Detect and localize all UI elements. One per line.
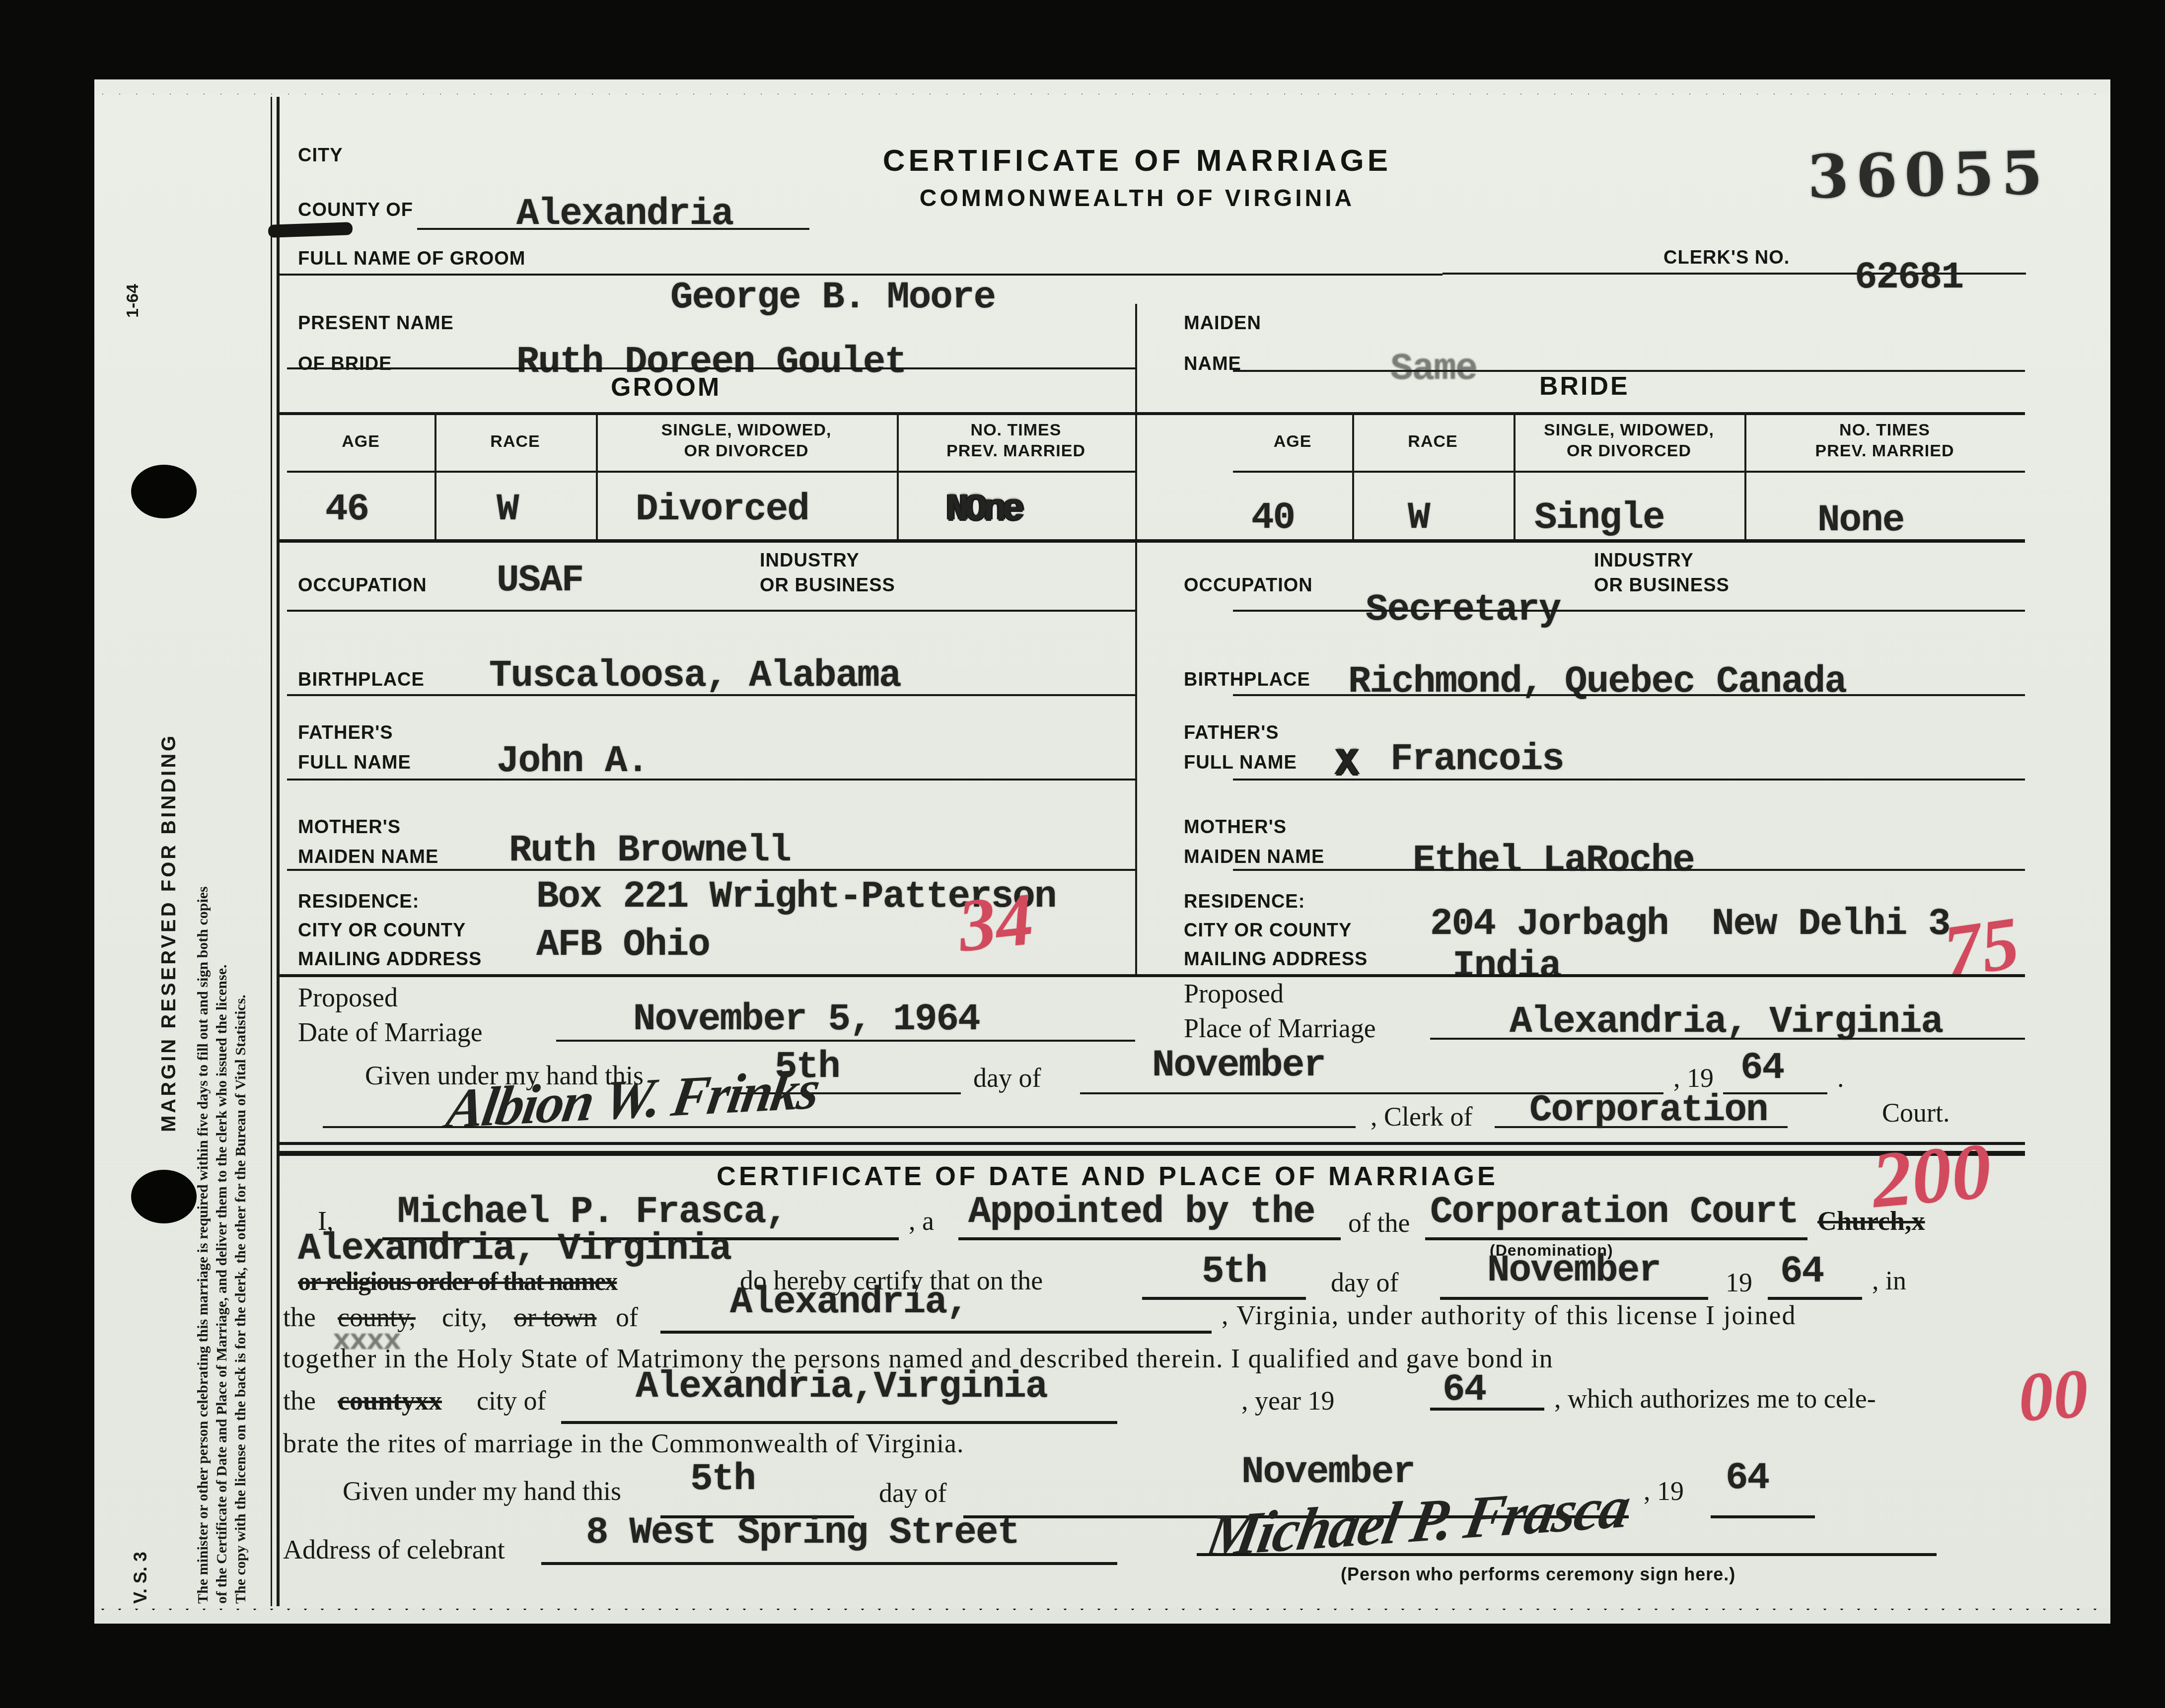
- groom-status-value: Divorced: [636, 488, 809, 531]
- bride-age-value: 40: [1251, 497, 1295, 539]
- clerk-year-value: 64: [1740, 1047, 1784, 1089]
- margin-note-2: of the Certificate of Date and Place of …: [214, 392, 230, 1604]
- cert2-cityof-text: city of: [477, 1385, 546, 1416]
- groom-times-header: NO. TIMESPREV. MARRIED: [897, 420, 1135, 461]
- county-underline: [417, 228, 809, 230]
- section-divider-thick: [278, 1151, 2025, 1156]
- groom-residence-label-3: MAILING ADDRESS: [298, 949, 482, 970]
- bride-birthplace-label: BIRTHPLACE: [1184, 669, 1310, 691]
- mother-underline-right: [1233, 869, 2025, 871]
- clerk-court-text: Court.: [1882, 1097, 1950, 1128]
- section-divider-thin: [278, 1142, 2025, 1145]
- clerk-month-value: November: [1152, 1044, 1325, 1087]
- clerk-signature-underline: [323, 1126, 1356, 1128]
- stats-top-border: [278, 412, 2025, 415]
- father-underline-right: [1233, 779, 2025, 781]
- cert2-city-underline: [660, 1331, 1212, 1334]
- bride-occupation-label: OCCUPATION: [1184, 575, 1313, 596]
- celebrant-year-prefix: , 19: [1644, 1476, 1684, 1506]
- cert2-the-text-2: the: [283, 1385, 316, 1416]
- groom-industry-label-2: OR BUSINESS: [760, 575, 895, 596]
- bride-residence-label-3: MAILING ADDRESS: [1184, 949, 1368, 970]
- proposed-label-left: Proposed: [298, 982, 398, 1013]
- clerk-period: .: [1837, 1063, 1844, 1093]
- groom-mother-label-2: MAIDEN NAME: [298, 847, 438, 868]
- cert2-virginia-text: , Virginia, under authority of this lice…: [1222, 1300, 1797, 1331]
- maiden-name-label-1: MAIDEN: [1184, 313, 1261, 334]
- cert2-brate-text: brate the rites of marriage in the Commo…: [283, 1428, 964, 1459]
- cert2-day-value: 5th: [1202, 1250, 1267, 1293]
- bride-race-header: RACE: [1352, 431, 1514, 452]
- cert2-day-of-text: day of: [1331, 1267, 1398, 1298]
- cert2-appointed-value: Appointed by the: [968, 1191, 1315, 1233]
- bride-residence-label-1: RESIDENCE:: [1184, 891, 1305, 913]
- groom-name-value: George B. Moore: [670, 276, 995, 319]
- certificate-subtitle: COMMONWEALTH OF VIRGINIA: [839, 185, 1435, 212]
- sign-here-caption: (Person who performs ceremony sign here.…: [1341, 1564, 1735, 1585]
- cert2-appointed-underline: [958, 1237, 1341, 1240]
- city-label: CITY: [298, 145, 343, 166]
- bride-status-header: SINGLE, WIDOWED,OR DIVORCED: [1514, 420, 1744, 461]
- bride-mother-label-1: MOTHER'S: [1184, 817, 1287, 838]
- father-underline-left: [287, 779, 1135, 781]
- cert2-which-text: , which authorizes me to cele-: [1554, 1383, 1876, 1414]
- address-of-celebrant-value: 8 West Spring Street: [586, 1511, 1019, 1554]
- bride-birthplace-value: Richmond, Quebec Canada: [1348, 660, 1846, 703]
- status-header-line2b: OR DIVORCED: [1567, 441, 1691, 460]
- bride-column-header: BRIDE: [1539, 371, 1630, 401]
- groom-birthplace-label: BIRTHPLACE: [298, 669, 425, 691]
- binding-rule-thin: [271, 97, 272, 1606]
- groom-times-value: NOne: [946, 488, 1020, 531]
- cert2-place-underline: [561, 1421, 1117, 1424]
- cert2-religious-struck: or religious order of that namex: [298, 1267, 617, 1296]
- cert2-typed-city: Alexandria, Virginia: [298, 1227, 731, 1270]
- status-header-line1: SINGLE, WIDOWED,: [661, 421, 832, 439]
- cert2-court-underline: [1425, 1237, 1807, 1240]
- punch-hole-top: [131, 465, 197, 518]
- present-name-label: PRESENT NAME: [298, 313, 454, 334]
- bride-industry-label-1: INDUSTRY: [1594, 550, 1694, 571]
- bride-name-underline: [287, 367, 1135, 369]
- groom-age-value: 46: [325, 488, 368, 531]
- celebrant-month-value: November: [1241, 1451, 1415, 1494]
- date-of-marriage-label: Date of Marriage: [298, 1017, 483, 1048]
- groom-residence-value-2: AFB Ohio: [536, 924, 710, 966]
- paper-perforated-edge-bottom: [94, 1608, 2110, 1624]
- groom-race-value: W: [497, 488, 518, 531]
- residence-bottom-border: [278, 974, 2025, 977]
- bride-times-header: NO. TIMESPREV. MARRIED: [1744, 420, 2025, 461]
- bride-status-value: Single: [1534, 497, 1664, 539]
- place-of-marriage-label: Place of Marriage: [1184, 1013, 1376, 1044]
- groom-father-value: John A.: [497, 740, 648, 783]
- groom-residence-label-2: CITY OR COUNTY: [298, 920, 466, 941]
- status-header-line2: OR DIVORCED: [684, 441, 809, 460]
- groom-occupation-label: OCCUPATION: [298, 575, 427, 596]
- celebrant-given-text: Given under my hand this: [343, 1476, 621, 1506]
- cert2-month-value: November: [1487, 1249, 1660, 1292]
- bride-residence-value-2: India: [1452, 945, 1561, 988]
- cert2-church-struck: Church,x: [1817, 1206, 1925, 1236]
- birthplace-underline-left: [287, 694, 1135, 696]
- groom-occupation-value: USAF: [497, 559, 583, 602]
- bride-industry-label-2: OR BUSINESS: [1594, 575, 1730, 596]
- occupation-underline-left: [287, 610, 1135, 612]
- serial-number-stamp: 36055: [1807, 138, 2050, 212]
- cert2-court-value: Corporation Court: [1430, 1191, 1798, 1233]
- groom-mother-value: Ruth Brownell: [509, 829, 791, 872]
- cert2-in-text: , in: [1872, 1265, 1906, 1296]
- groom-name-label: FULL NAME OF GROOM: [298, 248, 526, 270]
- form-vs3-code: V. S. 3: [130, 1494, 151, 1604]
- bride-maiden-name-value: Same: [1390, 348, 1477, 390]
- margin-binding-note: MARGIN RESERVED FOR BINDING: [158, 636, 180, 1132]
- cert2-year-value: 64: [1780, 1250, 1823, 1293]
- bride-residence-value-1: 204 Jorbagh New Delhi 3: [1430, 903, 1950, 945]
- stats-header-underline-left: [287, 471, 1135, 473]
- cert2-title: CERTIFICATE OF DATE AND PLACE OF MARRIAG…: [546, 1161, 1668, 1192]
- celebrant-day-of-text: day of: [879, 1478, 946, 1508]
- margin-note-1: The minister or other person celebrating…: [195, 392, 212, 1604]
- groom-industry-label-1: INDUSTRY: [760, 550, 860, 571]
- groom-mother-label-1: MOTHER'S: [298, 817, 401, 838]
- cert2-the-text: the: [283, 1302, 316, 1333]
- cert2-year2-prefix: , year 19: [1241, 1385, 1334, 1416]
- celebrant-year-underline: [1711, 1515, 1815, 1518]
- date-underline: [556, 1040, 1135, 1042]
- times-header-line2: PREV. MARRIED: [946, 441, 1085, 460]
- place-underline: [1430, 1038, 2025, 1040]
- cert2-of-text: of: [616, 1302, 638, 1333]
- cert2-ortown-struck: or town: [514, 1302, 596, 1333]
- scanned-marriage-certificate: 1-64 MARGIN RESERVED FOR BINDING The min…: [0, 0, 2165, 1708]
- mother-underline-left: [287, 869, 1135, 871]
- times-header-line1: NO. TIMES: [971, 421, 1062, 439]
- red-fee-34: 34: [954, 876, 1037, 969]
- form-code: 1-64: [123, 209, 143, 318]
- cert2-a-text: , a: [909, 1206, 934, 1236]
- margin-note-3: The copy with the license on the back is…: [232, 392, 249, 1604]
- bride-mother-label-2: MAIDEN NAME: [1184, 847, 1324, 868]
- center-divider: [1135, 304, 1137, 974]
- celebrant-year-value: 64: [1726, 1457, 1769, 1499]
- bride-race-value: W: [1408, 497, 1430, 539]
- bride-age-header: AGE: [1233, 431, 1352, 452]
- clerk-court-value: Corporation: [1529, 1089, 1768, 1132]
- groom-race-header: RACE: [434, 431, 596, 452]
- occupation-underline-right: [1233, 610, 2025, 612]
- binding-rule-thick: [277, 97, 280, 1606]
- bride-mother-value: Ethel LaRoche: [1413, 839, 1694, 882]
- cert2-city-text: city,: [442, 1302, 487, 1333]
- date-of-marriage-value: November 5, 1964: [633, 998, 980, 1041]
- paper-perforated-edge-top: [94, 79, 2110, 95]
- clerks-no-value: 62681: [1855, 256, 1963, 299]
- celebrant-signature-underline: [1197, 1553, 1937, 1556]
- proposed-label-right: Proposed: [1184, 978, 1284, 1009]
- bride-father-value: Francois: [1390, 738, 1564, 781]
- cert2-year2-strike: [1430, 1408, 1544, 1411]
- certificate-title: CERTIFICATE OF MARRIAGE: [839, 143, 1435, 178]
- groom-age-header: AGE: [287, 431, 434, 452]
- birthplace-underline-right: [1233, 694, 2025, 696]
- cert2-of-the-text: of the: [1348, 1208, 1410, 1238]
- clerks-no-label: CLERK'S NO.: [1663, 247, 1790, 269]
- stats-bottom-border: [278, 539, 2025, 543]
- bride-father-label-1: FATHER'S: [1184, 722, 1279, 744]
- times-header-line1b: NO. TIMES: [1839, 421, 1930, 439]
- cert2-place-value: Alexandria,Virginia: [636, 1365, 1047, 1408]
- place-of-marriage-value: Alexandria, Virginia: [1510, 1000, 1943, 1043]
- bride-times-value: None: [1817, 499, 1904, 542]
- groom-birthplace-value: Tuscaloosa, Alabama: [489, 654, 901, 697]
- status-header-line1b: SINGLE, WIDOWED,: [1544, 421, 1714, 439]
- red-fee-75: 75: [1939, 900, 2024, 995]
- groom-father-label-1: FATHER'S: [298, 722, 393, 744]
- times-header-line2b: PREV. MARRIED: [1815, 441, 1954, 460]
- groom-residence-label-1: RESIDENCE:: [298, 891, 419, 913]
- punch-hole-bottom: [131, 1170, 197, 1223]
- cert2-county2-struck: countyxx: [338, 1385, 442, 1416]
- cert2-city-value: Alexandria,: [730, 1281, 968, 1324]
- county-of-label: COUNTY OF: [298, 200, 413, 221]
- bride-father-label-2: FULL NAME: [1184, 752, 1297, 774]
- clerk-day-of-text: day of: [973, 1063, 1041, 1093]
- bride-residence-label-2: CITY OR COUNTY: [1184, 920, 1352, 941]
- groom-name-underline: [278, 274, 1443, 276]
- cert2-year2-value: 64: [1443, 1368, 1486, 1411]
- groom-father-label-2: FULL NAME: [298, 752, 411, 774]
- address-of-celebrant-label: Address of celebrant: [283, 1534, 505, 1565]
- groom-status-header: SINGLE, WIDOWED,OR DIVORCED: [596, 420, 897, 461]
- groom-column-header: GROOM: [611, 372, 721, 402]
- red-fee-00: 00: [2016, 1353, 2091, 1437]
- cert2-year-prefix: 19: [1726, 1267, 1752, 1298]
- celebrant-day-value: 5th: [690, 1458, 755, 1500]
- of-bride-label: OF BRIDE: [298, 354, 392, 375]
- address-underline: [541, 1562, 1117, 1565]
- clerk-of-text: , Clerk of: [1371, 1101, 1472, 1132]
